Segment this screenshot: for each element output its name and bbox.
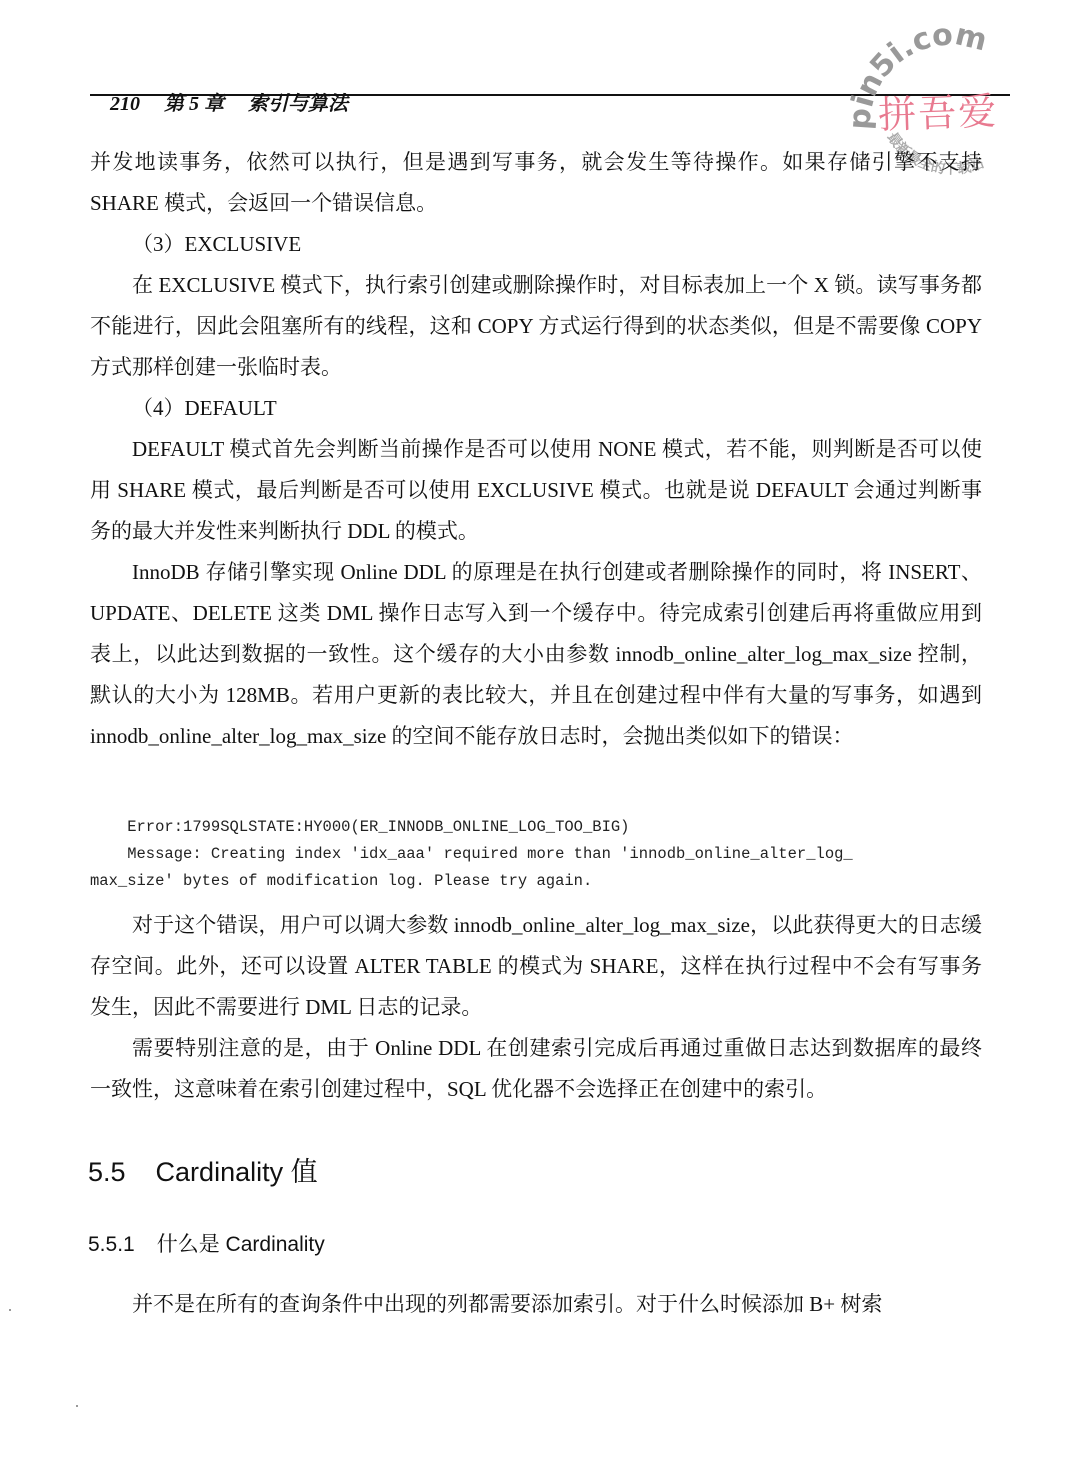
running-head: 210第 5 章索引与算法 [90,64,372,139]
body-text-final: 并不是在所有的查询条件中出现的列都需要添加索引。对于什么时候添加 B+ 树索 [90,1284,982,1325]
scan-speck [9,1309,11,1311]
code-line: Error:1799SQLSTATE:HY000(ER_INNODB_ONLIN… [90,814,982,841]
code-block-error: Error:1799SQLSTATE:HY000(ER_INNODB_ONLIN… [90,814,982,895]
scan-speck [76,1405,78,1407]
page-number: 210 [110,93,140,115]
paragraph-note: 需要特别注意的是，由于 Online DDL 在创建索引完成后再通过重做日志达到… [90,1028,982,1110]
page-header: 210第 5 章索引与算法 [90,64,1010,96]
section-title: Cardinality 值 [156,1157,318,1187]
section-heading: 5.5Cardinality 值 [88,1150,318,1189]
subsection-number: 5.5.1 [88,1233,135,1256]
subsection-title: 什么是 Cardinality [157,1233,325,1256]
paragraph-exclusive: 在 EXCLUSIVE 模式下，执行索引创建或删除操作时，对目标表加上一个 X … [90,265,982,388]
subsection-heading: 5.5.1什么是 Cardinality [88,1228,325,1258]
subhead-exclusive: （3）EXCLUSIVE [90,224,982,265]
code-line: Message: Creating index 'idx_aaa' requir… [90,841,982,868]
paragraph-default: DEFAULT 模式首先会判断当前操作是否可以使用 NONE 模式，若不能，则判… [90,429,982,552]
paragraph-online-ddl: InnoDB 存储引擎实现 Online DDL 的原理是在执行创建或者删除操作… [90,552,982,757]
body-text-lower: 对于这个错误，用户可以调大参数 innodb_online_alter_log_… [90,905,982,1110]
paragraph-share-continued: 并发地读事务，依然可以执行，但是遇到写事务，就会发生等待操作。如果存储引擎不支持… [90,142,982,224]
code-line: max_size' bytes of modification log. Ple… [90,868,982,895]
body-text-upper: 并发地读事务，依然可以执行，但是遇到写事务，就会发生等待操作。如果存储引擎不支持… [90,142,982,757]
paragraph-cardinality-intro: 并不是在所有的查询条件中出现的列都需要添加索引。对于什么时候添加 B+ 树索 [90,1284,982,1325]
chapter-label: 第 5 章 [164,93,224,115]
subhead-default: （4）DEFAULT [90,388,982,429]
section-number: 5.5 [88,1157,126,1187]
paragraph-error-remedy: 对于这个错误，用户可以调大参数 innodb_online_alter_log_… [90,905,982,1028]
chapter-title: 索引与算法 [248,93,348,115]
